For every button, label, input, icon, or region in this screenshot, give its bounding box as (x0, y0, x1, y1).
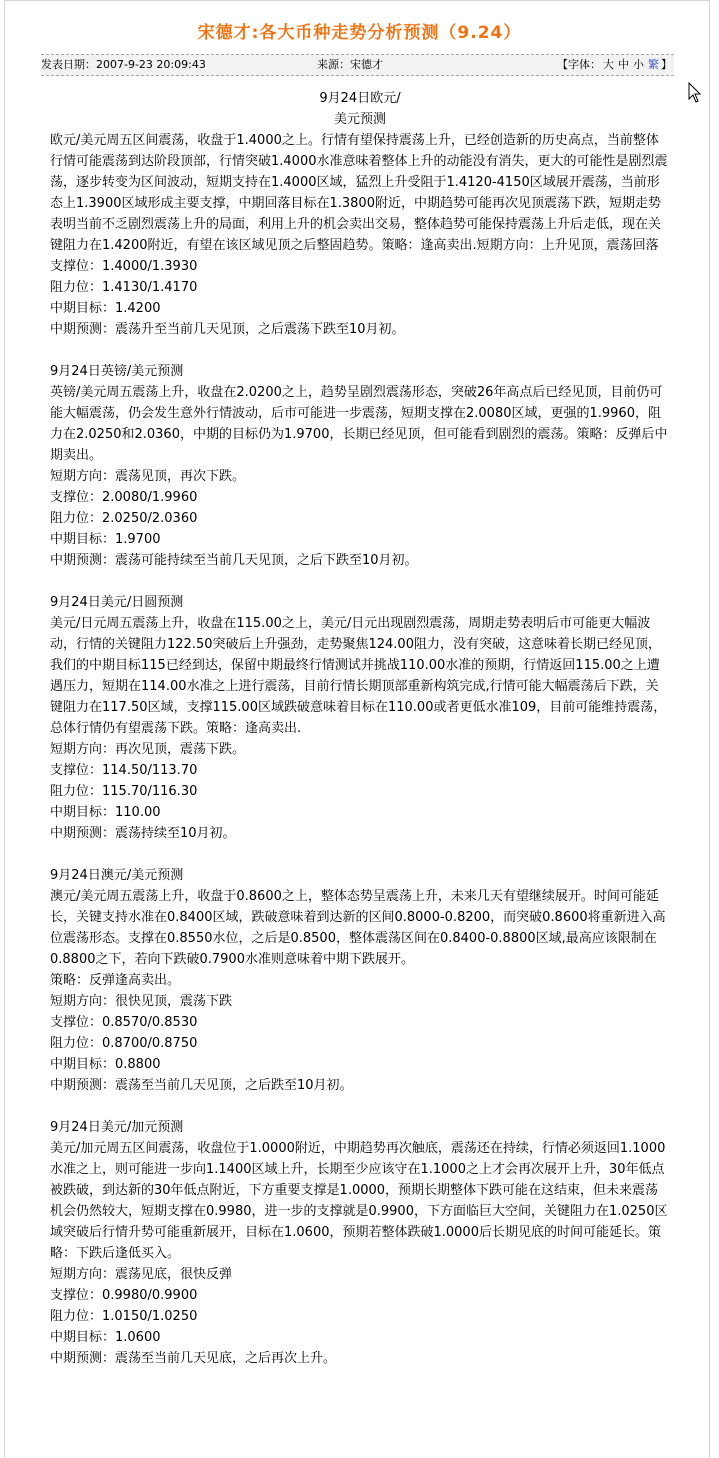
resistance-level: 阻力位：1.0150/1.0250 (50, 1306, 670, 1327)
support-level: 支撑位：1.4000/1.3930 (50, 256, 670, 277)
section-heading: 9月24日澳元/美元预测 (50, 865, 670, 886)
resistance-level: 阻力位：115.70/116.30 (50, 781, 670, 802)
medium-term-forecast: 中期预测：震荡可能持续至当前几天见顶，之后下跌至10月初。 (50, 550, 670, 571)
section-text: 英镑/美元周五震荡上升，收盘在2.0200之上，趋势呈剧烈震荡形态，突破26年高… (50, 382, 670, 466)
section-text: 美元/日元周五震荡上升，收盘在115.00之上，美元/日元出现剧烈震荡，周期走势… (50, 613, 670, 739)
medium-term-target: 中期目标：0.8800 (50, 1054, 670, 1075)
section-eur-usd: 9月24日欧元/ 美元预测 欧元/美元周五区间震荡，收盘于1.4000之上。行情… (50, 88, 670, 340)
resistance-level: 阻力位：0.8700/0.8750 (50, 1033, 670, 1054)
medium-term-forecast: 中期预测：震荡至当前几天见顶，之后跌至10月初。 (50, 1075, 670, 1096)
short-term-direction: 短期方向：再次见顶，震荡下跌。 (50, 739, 670, 760)
section-heading: 9月24日美元/加元预测 (50, 1117, 670, 1138)
font-size-controls: 【字体：大中小繁】 (557, 55, 672, 75)
font-size-prefix: 【字体： (557, 58, 601, 71)
font-large-button[interactable]: 大 (603, 58, 614, 71)
resistance-level: 阻力位：2.0250/2.0360 (50, 508, 670, 529)
traditional-chinese-link[interactable]: 繁 (648, 58, 659, 71)
short-term-direction: 短期方向：震荡见底，很快反弹 (50, 1264, 670, 1285)
section-aud-usd: 9月24日澳元/美元预测 澳元/美元周五震荡上升，收盘于0.8600之上，整体态… (50, 865, 670, 1096)
font-medium-button[interactable]: 中 (618, 58, 629, 71)
short-term-direction: 短期方向：很快见顶，震荡下跌 (50, 991, 670, 1012)
section-heading: 9月24日英镑/美元预测 (50, 361, 670, 382)
support-level: 支撑位：0.9980/0.9900 (50, 1285, 670, 1306)
section-heading: 9月24日美元/日圆预测 (50, 592, 670, 613)
source-label: 来源： (317, 58, 350, 71)
medium-term-forecast: 中期预测：震荡升至当前几天见顶，之后震荡下跌至10月初。 (50, 319, 670, 340)
strategy: 策略：反弹逢高卖出。 (50, 970, 670, 991)
publish-date: 发表日期：2007-9-23 20:09:43 (41, 55, 206, 75)
font-small-button[interactable]: 小 (633, 58, 644, 71)
article-body: 9月24日欧元/ 美元预测 欧元/美元周五区间震荡，收盘于1.4000之上。行情… (50, 88, 670, 1390)
publish-date-label: 发表日期： (41, 58, 96, 71)
medium-term-target: 中期目标：1.0600 (50, 1327, 670, 1348)
section-heading: 9月24日欧元/ (50, 88, 670, 109)
medium-term-target: 中期目标：1.9700 (50, 529, 670, 550)
mouse-cursor-icon (688, 82, 702, 104)
section-usd-jpy: 9月24日美元/日圆预测 美元/日元周五震荡上升，收盘在115.00之上，美元/… (50, 592, 670, 844)
medium-term-target: 中期目标：110.00 (50, 802, 670, 823)
source-value: 宋德才 (350, 58, 383, 71)
section-heading-cont: 美元预测 (50, 109, 670, 130)
article-source: 来源：宋德才 (317, 55, 383, 75)
resistance-level: 阻力位：1.4130/1.4170 (50, 277, 670, 298)
publish-date-value: 2007-9-23 20:09:43 (96, 58, 206, 71)
section-text: 澳元/美元周五震荡上升，收盘于0.8600之上，整体态势呈震荡上升，未来几天有望… (50, 886, 670, 970)
section-text: 欧元/美元周五区间震荡，收盘于1.4000之上。行情有望保持震荡上升，已经创造新… (50, 130, 670, 256)
section-usd-cad: 9月24日美元/加元预测 美元/加元周五区间震荡，收盘位于1.0000附近，中期… (50, 1117, 670, 1369)
medium-term-target: 中期目标：1.4200 (50, 298, 670, 319)
medium-term-forecast: 中期预测：震荡至当前几天见底，之后再次上升。 (50, 1348, 670, 1369)
section-text: 美元/加元周五区间震荡，收盘位于1.0000附近，中期趋势再次触底，震荡还在持续… (50, 1138, 670, 1264)
support-level: 支撑位：2.0080/1.9960 (50, 487, 670, 508)
support-level: 支撑位：0.8570/0.8530 (50, 1012, 670, 1033)
short-term-direction: 短期方向：震荡见顶，再次下跌。 (50, 466, 670, 487)
support-level: 支撑位：114.50/113.70 (50, 760, 670, 781)
article-meta-bar: 发表日期：2007-9-23 20:09:43 来源：宋德才 【字体：大中小繁】 (41, 54, 674, 76)
font-size-suffix: 】 (661, 58, 672, 71)
section-gbp-usd: 9月24日英镑/美元预测 英镑/美元周五震荡上升，收盘在2.0200之上，趋势呈… (50, 361, 670, 571)
article-title: 宋德才:各大币种走势分析预测（9.24） (0, 18, 719, 43)
medium-term-forecast: 中期预测：震荡持续至10月初。 (50, 823, 670, 844)
